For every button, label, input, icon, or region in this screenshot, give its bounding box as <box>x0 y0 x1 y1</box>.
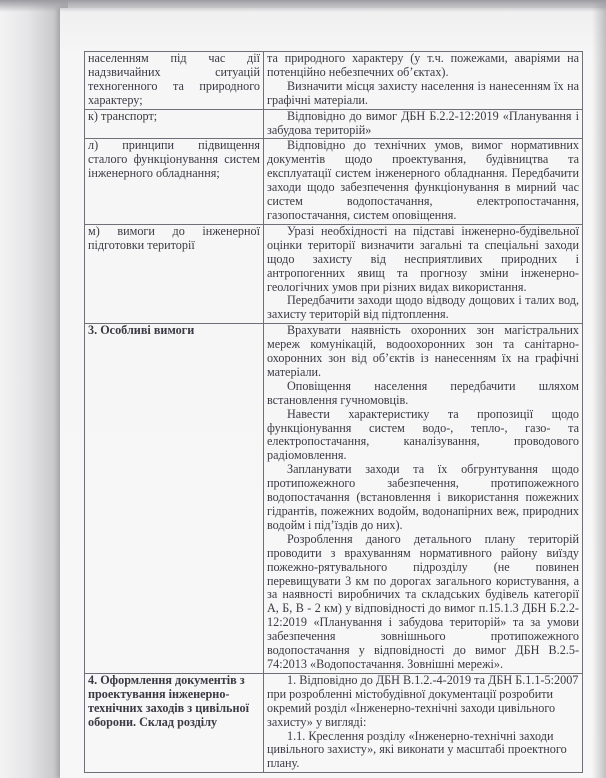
row-content: Відповідно до технічних умов, вимог норм… <box>264 139 583 224</box>
section-heading: 3. Особливі вимоги <box>85 324 264 674</box>
row-label: м) вимоги до інженерної підготовки терит… <box>85 224 264 323</box>
table-row: населенням під час дії надзвичайних ситу… <box>85 52 583 110</box>
paragraph: Запланувати заходи та їх обгрунтування щ… <box>267 463 579 533</box>
row-label-text: л) принципи підвищення сталого функціону… <box>88 138 260 180</box>
row-content: та природного характеру (у т.ч. пожежами… <box>264 52 583 110</box>
row-label: к) транспорт; <box>85 109 264 139</box>
section-heading-text: 3. Особливі вимоги <box>88 323 194 337</box>
table-row: 4. Оформлення документів з проектування … <box>85 673 583 772</box>
row-label-text: м) вимоги до інженерної підготовки терит… <box>88 224 260 252</box>
row-label-text: к) транспорт; <box>88 109 157 123</box>
paragraph: Врахувати наявність охоронних зон магіст… <box>267 324 579 380</box>
paragraph: 1. Відповідно до ДБН В.1.2.-4-2019 та ДБ… <box>267 674 579 730</box>
row-content: Врахувати наявність охоронних зон магіст… <box>264 324 583 674</box>
document-page: населенням під час дії надзвичайних ситу… <box>60 8 606 778</box>
paragraph: Навести характеристику та пропозиції щод… <box>267 408 579 464</box>
paragraph: Уразі необхідності на підставі інженерно… <box>267 225 579 295</box>
row-label: л) принципи підвищення сталого функціону… <box>85 139 264 224</box>
requirements-table: населенням під час дії надзвичайних ситу… <box>84 51 583 773</box>
row-content: Відповідно до вимог ДБН Б.2.2-12:2019 «П… <box>264 109 583 139</box>
paragraph: 1.1. Креслення розділу «Інженерно-техніч… <box>267 730 579 772</box>
paragraph: Відповідно до вимог ДБН Б.2.2-12:2019 «П… <box>267 110 579 138</box>
table-row: к) транспорт; Відповідно до вимог ДБН Б.… <box>85 109 583 139</box>
paragraph: та природного характеру (у т.ч. пожежами… <box>267 52 579 80</box>
table-row: л) принципи підвищення сталого функціону… <box>85 139 583 224</box>
paragraph: Визначити місця захисту населення із нан… <box>267 80 579 108</box>
section-heading-text: 4. Оформлення документів з проектування … <box>88 673 249 729</box>
row-content: 1. Відповідно до ДБН В.1.2.-4-2019 та ДБ… <box>264 673 583 772</box>
row-label: населенням під час дії надзвичайних ситу… <box>85 52 264 110</box>
row-content: Уразі необхідності на підставі інженерно… <box>264 224 583 323</box>
paragraph: Відповідно до технічних умов, вимог норм… <box>267 139 579 222</box>
section-heading: 4. Оформлення документів з проектування … <box>85 673 264 772</box>
book-spine-shadow <box>0 0 68 778</box>
table-row: 3. Особливі вимоги Врахувати наявність о… <box>85 324 583 674</box>
top-edge-shadow <box>0 0 606 12</box>
page-edge-shadow <box>592 0 606 778</box>
paragraph: Розроблення даного детального плану тери… <box>267 533 579 672</box>
row-label-text: населенням під час дії надзвичайних ситу… <box>88 51 260 107</box>
paragraph: Передбачити заходи щодо відводу дощових … <box>267 294 579 322</box>
paragraph: Оповіщення населення передбачити шляхом … <box>267 380 579 408</box>
table-row: м) вимоги до інженерної підготовки терит… <box>85 224 583 323</box>
